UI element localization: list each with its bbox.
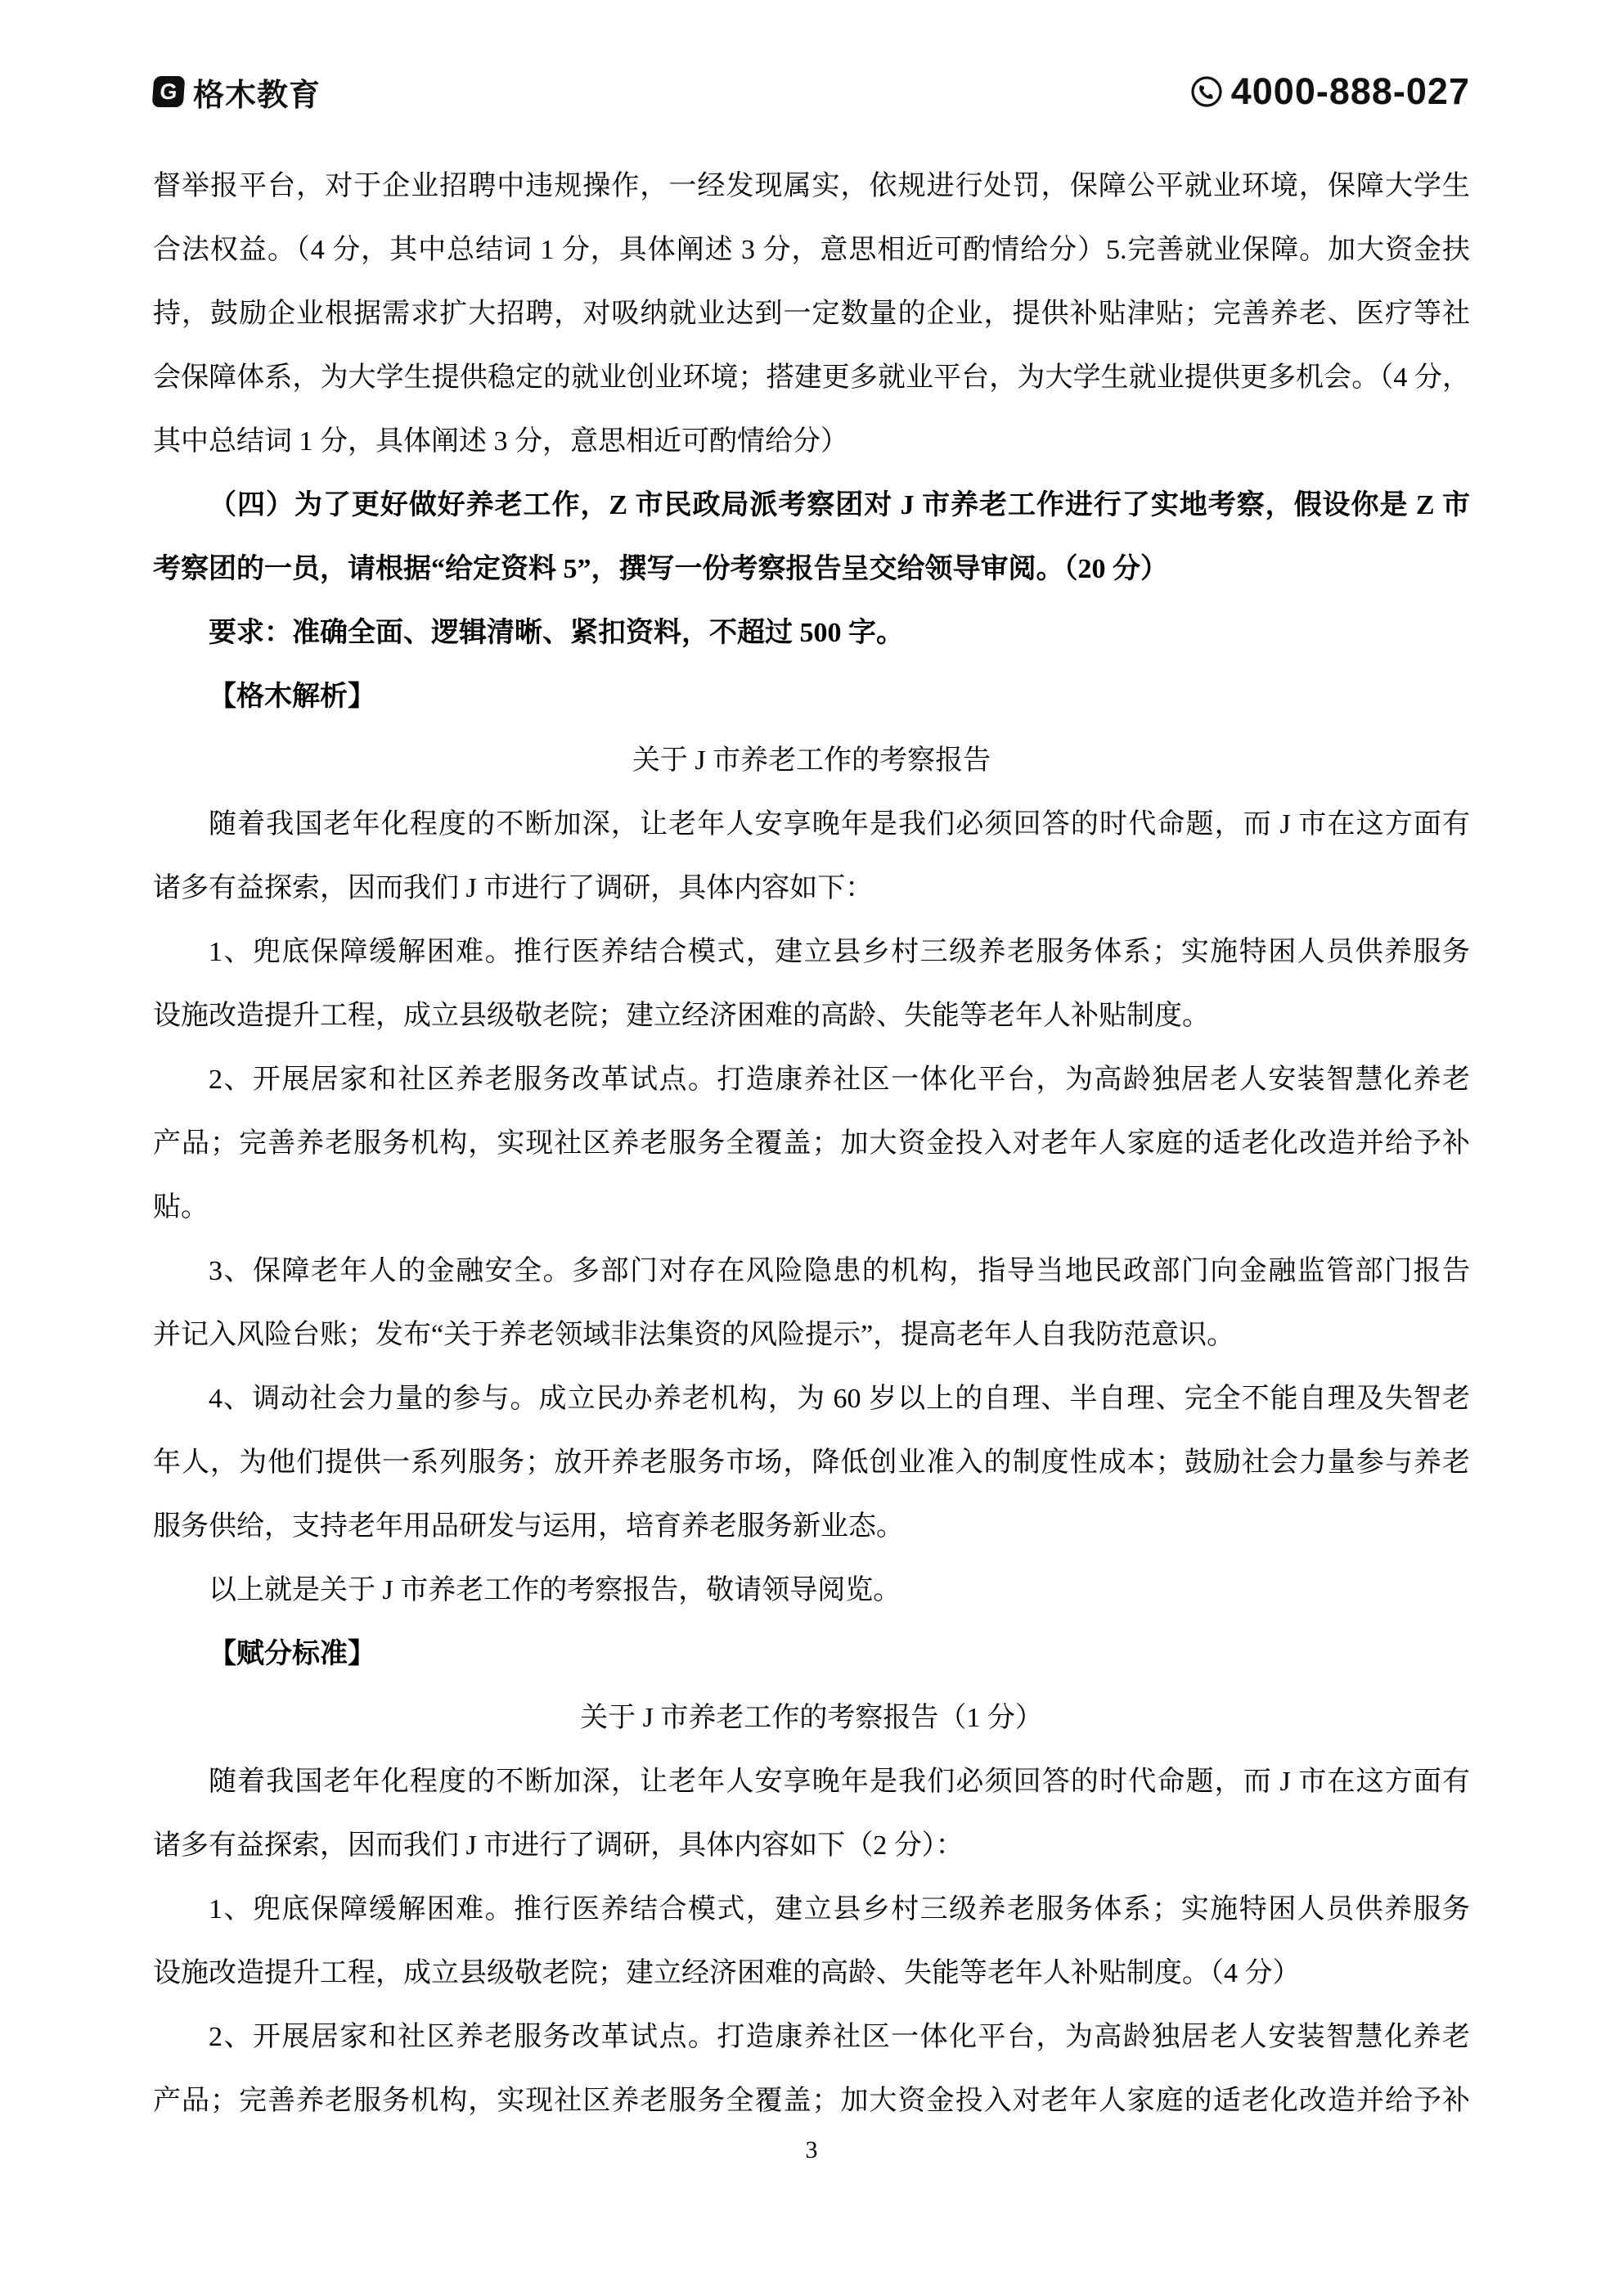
doc-line: 2、开展居家和社区养老服务改革试点。打造康养社区一体化平台，为高龄独居老人安装智… — [153, 1048, 1470, 1112]
doc-line: 3、保障老年人的金融安全。多部门对存在风险隐患的机构，指导当地民政部门向金融监管… — [153, 1240, 1470, 1303]
scoring-section-label: 【赋分标准】 — [153, 1623, 1470, 1686]
doc-line: 4、调动社会力量的参与。成立民办养老机构，为 60 岁以上的自理、半自理、完全不… — [153, 1367, 1470, 1431]
doc-line: 1、兜底保障缓解困难。推行医养结合模式，建立县乡村三级养老服务体系；实施特困人员… — [153, 921, 1470, 984]
phone-number: 4000-888-027 — [1231, 70, 1470, 113]
doc-line: 设施改造提升工程，成立县级敬老院；建立经济困难的高龄、失能等老年人补贴制度。（4… — [153, 1942, 1470, 2006]
contact-phone: 4000-888-027 — [1189, 70, 1470, 113]
doc-line: 持，鼓励企业根据需求扩大招聘，对吸纳就业达到一定数量的企业，提供补贴津贴；完善养… — [153, 282, 1470, 346]
gemu-logo-icon: G — [152, 76, 186, 107]
doc-line: 贴。 — [153, 1176, 1470, 1240]
doc-line: 诸多有益探索，因而我们 J 市进行了调研，具体内容如下： — [153, 857, 1470, 921]
doc-line: 其中总结词 1 分，具体阐述 3 分，意思相近可酌情给分） — [153, 410, 1470, 474]
doc-line: 2、开展居家和社区养老服务改革试点。打造康养社区一体化平台，为高龄独居老人安装智… — [153, 2006, 1470, 2069]
report-title-scored: 关于 J 市养老工作的考察报告（1 分） — [153, 1686, 1470, 1750]
brand: G 格木教育 — [153, 70, 321, 115]
doc-line: 服务供给，支持老年用品研发与运用，培育养老服务新业态。 — [153, 1495, 1470, 1559]
question-heading-line: （四）为了更好做好养老工作，Z 市民政局派考察团对 J 市养老工作进行了实地考察… — [153, 474, 1470, 538]
doc-line: 随着我国老年化程度的不断加深，让老年人安享晚年是我们必须回答的时代命题，而 J … — [153, 1750, 1470, 1814]
document-body: 督举报平台，对于企业招聘中违规操作，一经发现属实，依规进行处罚，保障公平就业环境… — [153, 155, 1470, 2133]
doc-line: 产品；完善养老服务机构，实现社区养老服务全覆盖；加大资金投入对老年人家庭的适老化… — [153, 1112, 1470, 1176]
doc-line: 产品；完善养老服务机构，实现社区养老服务全覆盖；加大资金投入对老年人家庭的适老化… — [153, 2069, 1470, 2133]
phone-icon — [1189, 74, 1224, 109]
doc-line: 以上就是关于 J 市养老工作的考察报告，敬请领导阅览。 — [153, 1559, 1470, 1623]
page-number: 3 — [0, 2134, 1623, 2167]
question-heading-line: 考察团的一员，请根据“给定资料 5”，撰写一份考察报告呈交给领导审阅。（20 分… — [153, 538, 1470, 601]
doc-line: 年人，为他们提供一系列服务；放开养老服务市场，降低创业准入的制度性成本；鼓励社会… — [153, 1431, 1470, 1495]
brand-name: 格木教育 — [193, 70, 321, 115]
doc-line: 合法权益。（4 分，其中总结词 1 分，具体阐述 3 分，意思相近可酌情给分）5… — [153, 218, 1470, 282]
doc-line: 并记入风险台账；发布“关于养老领域非法集资的风险提示”，提高老年人自我防范意识。 — [153, 1303, 1470, 1367]
analysis-section-label: 【格木解析】 — [153, 665, 1470, 729]
page-header: G 格木教育 4000-888-027 — [153, 70, 1470, 113]
doc-line: 1、兜底保障缓解困难。推行医养结合模式，建立县乡村三级养老服务体系；实施特困人员… — [153, 1878, 1470, 1942]
requirement-line: 要求：准确全面、逻辑清晰、紧扣资料，不超过 500 字。 — [153, 601, 1470, 665]
doc-line: 设施改造提升工程，成立县级敬老院；建立经济困难的高龄、失能等老年人补贴制度。 — [153, 984, 1470, 1048]
doc-line: 会保障体系，为大学生提供稳定的就业创业环境；搭建更多就业平台，为大学生就业提供更… — [153, 346, 1470, 410]
report-title: 关于 J 市养老工作的考察报告 — [153, 729, 1470, 793]
document-page: G 格木教育 4000-888-027 督举报平台，对于企业招聘中违规操作，一经… — [0, 0, 1623, 2296]
doc-line: 督举报平台，对于企业招聘中违规操作，一经发现属实，依规进行处罚，保障公平就业环境… — [153, 155, 1470, 218]
doc-line: 诸多有益探索，因而我们 J 市进行了调研，具体内容如下（2 分）： — [153, 1814, 1470, 1878]
doc-line: 随着我国老年化程度的不断加深，让老年人安享晚年是我们必须回答的时代命题，而 J … — [153, 793, 1470, 857]
